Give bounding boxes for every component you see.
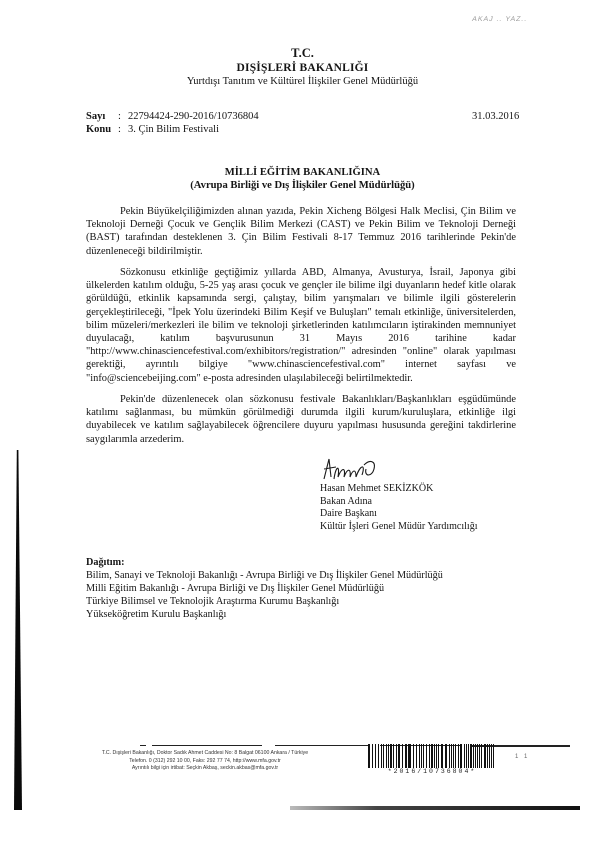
letterhead-ministry: DIŞİŞLERİ BAKANLIĞI (0, 61, 605, 75)
body-paragraph-2: Sözkonusu etkinliğe geçtiğimiz yıllarda … (86, 266, 516, 385)
konu-separator: : (118, 123, 128, 136)
konu-label: Konu (86, 123, 118, 136)
document-meta: Sayı : 22794424-290-2016/10736804 Konu :… (86, 110, 259, 136)
meta-sayi-row: Sayı : 22794424-290-2016/10736804 (86, 110, 259, 123)
addressee-line2: (Avrupa Birliği ve Dış İlişkiler Genel M… (0, 179, 605, 192)
letterhead-tc: T.C. (0, 46, 605, 61)
distribution-item: Milli Eğitim Bakanlığı - Avrupa Birliği … (86, 582, 443, 595)
signer-title-2: Daire Başkanı (320, 508, 477, 521)
footer-address: T.C. Dışişleri Bakanlığı, Doktor Sadık A… (60, 750, 350, 758)
handwritten-signature (320, 455, 380, 483)
addressee: MİLLİ EĞİTİM BAKANLIĞINA (Avrupa Birliği… (0, 166, 605, 192)
distribution-item: Bilim, Sanayi ve Teknoloji Bakanlığı - A… (86, 569, 443, 582)
distribution-title: Dağıtım: (86, 556, 443, 569)
scan-left-edge-shadow (14, 450, 22, 810)
footer-phone: Telefon. 0 (312) 292 10 00, Faks: 292 77… (60, 758, 350, 766)
document-barcode (368, 744, 496, 768)
scan-bottom-line (290, 806, 580, 810)
body-paragraph-1: Pekin Büyükelçiliğimizden alınan yazıda,… (86, 205, 516, 258)
footer-contact: T.C. Dışişleri Bakanlığı, Doktor Sadık A… (60, 750, 350, 773)
body-paragraph-3: Pekin'de düzenlenecek olan sözkonusu fes… (86, 393, 516, 446)
sayi-separator: : (118, 110, 128, 123)
distribution-item: Türkiye Bilimsel ve Teknolojik Araştırma… (86, 595, 443, 608)
signer-name: Hasan Mehmet SEKİZKÖK (320, 483, 477, 496)
letterhead: T.C. DIŞİŞLERİ BAKANLIĞI Yurtdışı Tanıtı… (0, 46, 605, 89)
meta-konu-row: Konu : 3. Çin Bilim Festivali (86, 123, 259, 136)
scan-artifact-mark: AKAJ .. YAZ.. (471, 16, 583, 24)
signer-title-1: Bakan Adına (320, 496, 477, 509)
barcode-number: *2016/10736804* (368, 768, 496, 775)
sayi-label: Sayı (86, 110, 118, 123)
distribution-list: Dağıtım: Bilim, Sanayi ve Teknoloji Baka… (86, 556, 443, 621)
konu-value: 3. Çin Bilim Festivali (128, 123, 219, 136)
signer-block: Hasan Mehmet SEKİZKÖK Bakan Adına Daire … (320, 483, 477, 533)
page-marker: 1 1 (515, 754, 529, 760)
distribution-item: Yükseköğretim Kurulu Başkanlığı (86, 608, 443, 621)
addressee-line1: MİLLİ EĞİTİM BAKANLIĞINA (0, 166, 605, 179)
document-date: 31.03.2016 (472, 111, 519, 122)
footer-info: Ayrıntılı bilgi için irtibat: Seçkin Akb… (60, 765, 350, 773)
signer-title-3: Kültür İşleri Genel Müdür Yardımcılığı (320, 521, 477, 534)
letterhead-department: Yurtdışı Tanıtım ve Kültürel İlişkiler G… (0, 75, 605, 89)
footer-divider (140, 745, 570, 747)
sayi-value: 22794424-290-2016/10736804 (128, 110, 259, 123)
